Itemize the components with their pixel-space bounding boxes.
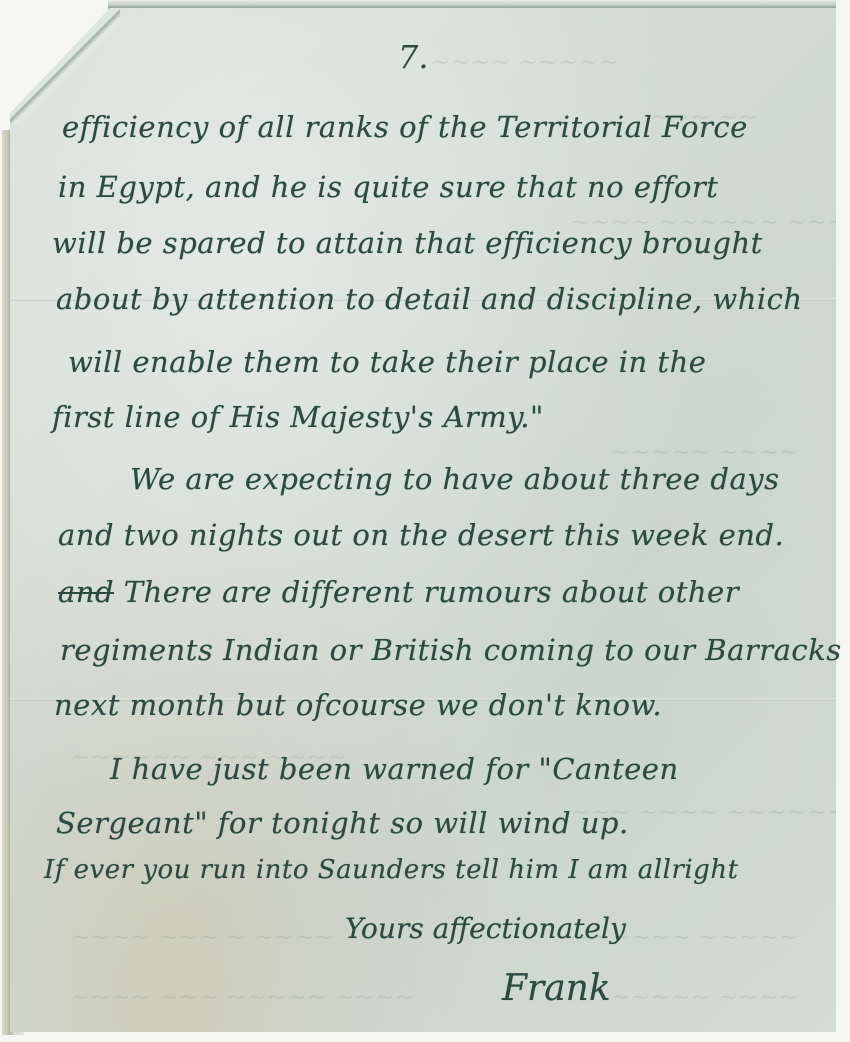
struck-out-word: and xyxy=(58,575,114,609)
letter-line-3: will be spared to attain that efficiency… xyxy=(52,226,763,260)
bleed-through-text: ~~~~ ~~~~~ xyxy=(430,48,619,76)
letter-line-2: in Egypt, and he is quite sure that no e… xyxy=(58,170,718,204)
letter-line-10: regiments Indian or British coming to ou… xyxy=(60,633,842,667)
letter-line-1: efficiency of all ranks of the Territori… xyxy=(62,110,748,144)
letter-line-13: Sergeant" for tonight so will wind up. xyxy=(56,806,629,840)
letter-line-8: and two nights out on the desert this we… xyxy=(58,518,784,552)
letter-line-11: next month but ofcourse we don't know. xyxy=(54,688,662,722)
letter-line-9-text: There are different rumours about other xyxy=(124,575,739,609)
letter-line-4: about by attention to detail and discipl… xyxy=(56,282,803,316)
bleed-through-text: ~~~~ ~~~ ~~~~~ ~~~~ xyxy=(70,983,415,1011)
page-number: 7. xyxy=(398,38,429,76)
letter-line-12: I have just been warned for "Canteen xyxy=(110,752,679,786)
letter-line-9: and There are different rumours about ot… xyxy=(58,575,739,609)
letter-line-7: We are expecting to have about three day… xyxy=(130,462,780,496)
signature: Frank xyxy=(502,968,611,1009)
letter-line-6: first line of His Majesty's Army." xyxy=(52,400,544,434)
bleed-through-text: ~~~~~ ~~~~ xyxy=(610,983,799,1011)
scanned-letter-page: ~~~~ ~~~~~ ~~~ ~~ ~~~~ ~~~~~~ ~~~ ~~~~~ … xyxy=(0,0,850,1042)
bleed-through-text: ~~~~ ~~~ ~ ~~~~ xyxy=(70,923,334,951)
letter-line-14: If ever you run into Saunders tell him I… xyxy=(44,855,739,885)
closing-salutation: Yours affectionately xyxy=(345,912,626,945)
letter-line-5: will enable them to take their place in … xyxy=(68,345,706,379)
